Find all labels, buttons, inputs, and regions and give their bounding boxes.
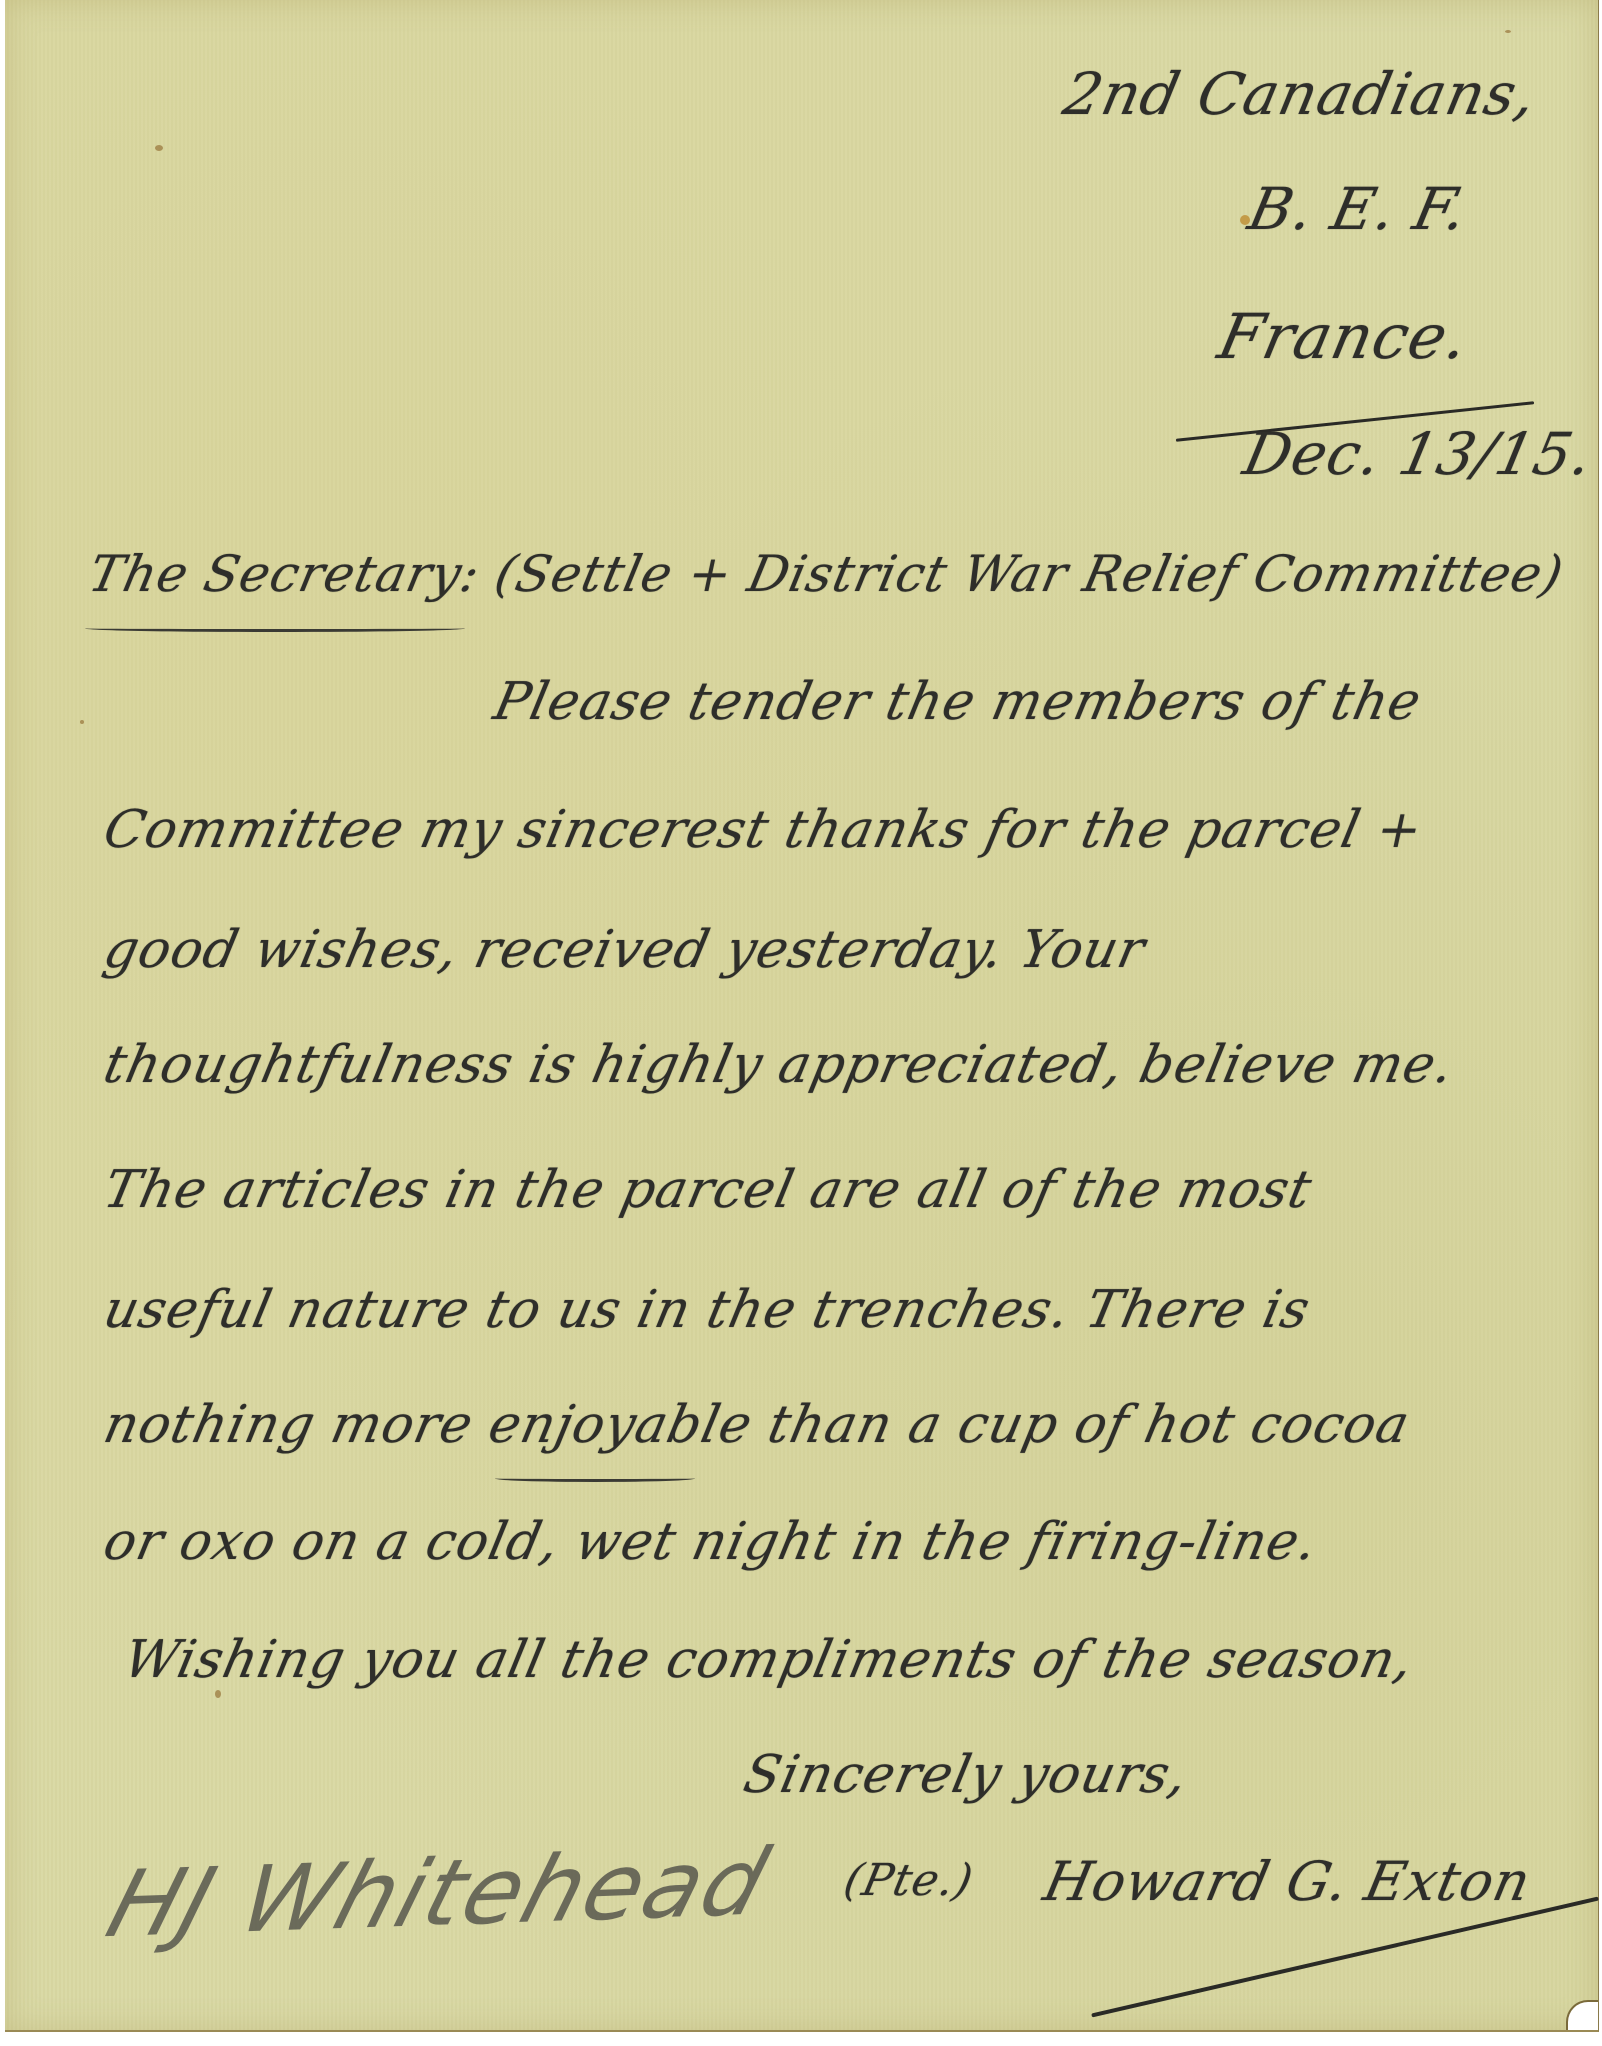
paper-speck (1505, 30, 1511, 33)
closing: Sincerely yours, (739, 1745, 1194, 1805)
address-unit: 2nd Canadians, (1058, 60, 1543, 128)
enjoyable-underline (495, 1475, 695, 1482)
salutation-underline (85, 625, 465, 632)
address-country: France. (1212, 300, 1475, 373)
paper-speck (80, 720, 84, 724)
paper-speck (1240, 215, 1250, 225)
torn-corner (1566, 2000, 1598, 2030)
signature-rank: (Pte.) (840, 1855, 978, 1906)
signature-name: Howard G. Exton (1038, 1850, 1536, 1913)
letter-date: Dec. 13/15. (1238, 420, 1599, 488)
body-line: useful nature to us in the trenches. The… (99, 1280, 1316, 1340)
paper-speck (215, 1690, 221, 1698)
body-line: Please tender the members of the (489, 672, 1427, 732)
body-line: Committee my sincerest thanks for the pa… (99, 800, 1429, 860)
signature-flourish (1091, 1897, 1599, 2018)
address-force: B. E. F. (1243, 175, 1474, 243)
pencil-annotation: HJ Whitehead (96, 1829, 781, 1959)
letter-paper: 2nd Canadians, B. E. F. France. Dec. 13/… (5, 0, 1599, 2032)
paper-speck (155, 145, 163, 151)
body-line: Wishing you all the compliments of the s… (119, 1630, 1419, 1690)
body-line: nothing more enjoyable than a cup of hot… (99, 1395, 1415, 1455)
body-line: The articles in the parcel are all of th… (99, 1160, 1318, 1220)
body-line: or oxo on a cold, wet night in the firin… (99, 1512, 1323, 1572)
body-line: good wishes, received yesterday. Your (99, 920, 1151, 980)
salutation: The Secretary: (Settle + District War Re… (84, 545, 1569, 603)
body-line: thoughtfulness is highly appreciated, be… (99, 1035, 1460, 1095)
